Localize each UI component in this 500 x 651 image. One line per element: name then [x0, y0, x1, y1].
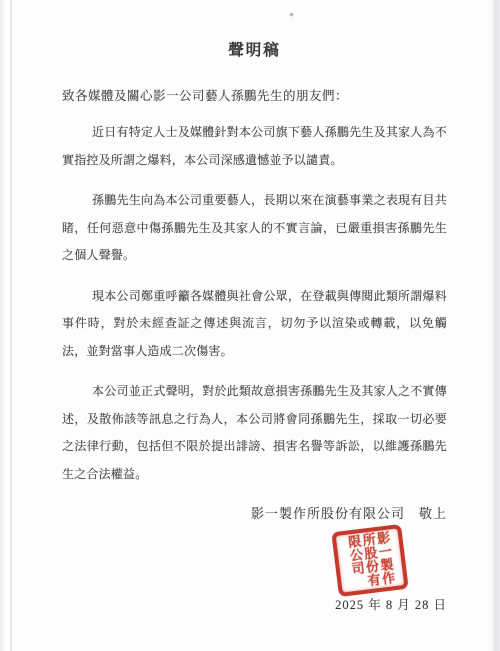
paragraph-2: 孫鵬先生向為本公司重要藝人，長期以來在演藝事業之表現有目共睹，任何惡意中傷孫鵬先…: [62, 187, 447, 270]
company-seal-stamp: 影一製作所股份有限公司: [331, 524, 408, 597]
paper-edge-left-line: [10, 0, 12, 651]
letter-body: 聲明稿 致各媒體及關心影一公司藝人孫鵬先生的朋友們： 近日有特定人士及媒體針對本…: [62, 0, 447, 522]
date-line: 2025 年 8 月 28 日: [335, 596, 447, 614]
paper-edge-right-band: [491, 0, 500, 651]
paragraph-1: 近日有特定人士及媒體針對本公司旗下藝人孫鵬先生及其家人為不實指控及所謂之爆料，本…: [62, 119, 447, 174]
paragraph-3: 現本公司鄭重呼籲各媒體與社會公眾，在登載與傳閱此類所謂爆料事件時，對於未經查証之…: [62, 283, 447, 366]
paper-edge-left-strip: [0, 0, 5, 651]
paragraph-4: 本公司並正式聲明，對於此類故意損害孫鵬先生及其家人之不實傳述，及散佈該等訊息之行…: [62, 378, 447, 488]
salutation-line: 致各媒體及關心影一公司藝人孫鵬先生的朋友們：: [62, 87, 447, 105]
company-signature: 影一製作所股份有限公司 敬上: [62, 505, 447, 522]
document-title: 聲明稿: [62, 41, 447, 61]
statement-letter-page: 聲明稿 致各媒體及關心影一公司藝人孫鵬先生的朋友們： 近日有特定人士及媒體針對本…: [0, 0, 500, 651]
seal-text: 影一製作所股份有限公司: [345, 530, 395, 591]
